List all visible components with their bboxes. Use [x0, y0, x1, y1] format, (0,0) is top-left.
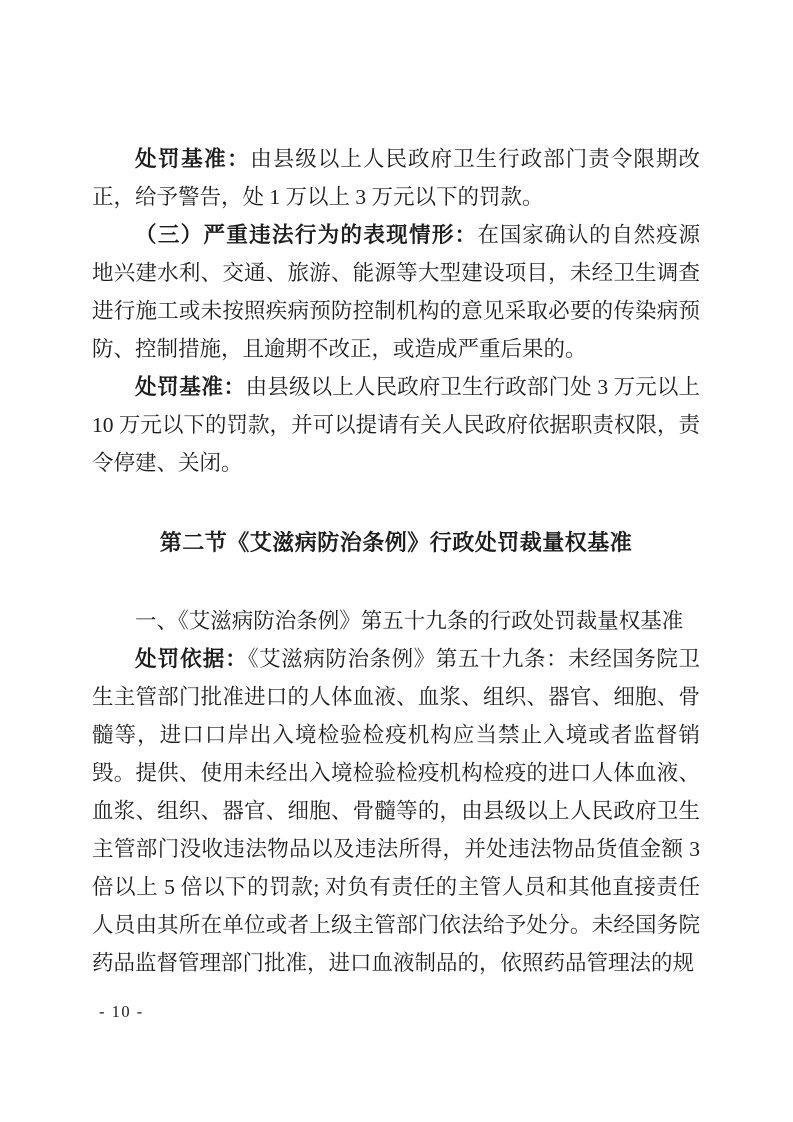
paragraph-text: 《艾滋病防治条例》第五十九条：未经国务院卫生主管部门批准进口的人体血液、血浆、组…	[92, 647, 700, 975]
page-number: - 10 -	[99, 1001, 144, 1023]
paragraph-lead-bold: 处罚基准：	[135, 375, 246, 399]
document-page: 处罚基准：由县级以上人民政府卫生行政部门责令限期改正，给予警告，处 1 万以上 …	[0, 0, 793, 1122]
paragraph-lead-bold: 处罚基准：	[135, 147, 250, 171]
section-heading: 第二节《艾滋病防治条例》行政处罚裁量权基准	[92, 524, 700, 562]
paragraph-lead-bold: （三）严重违法行为的表现情形：	[135, 223, 477, 247]
paragraph-penalty-legal-basis: 处罚依据：《艾滋病防治条例》第五十九条：未经国务院卫生主管部门批准进口的人体血液…	[92, 640, 700, 982]
paragraph-penalty-basis-1: 处罚基准：由县级以上人民政府卫生行政部门责令限期改正，给予警告，处 1 万以上 …	[92, 140, 700, 216]
sub-heading: 一、《艾滋病防治条例》第五十九条的行政处罚裁量权基准	[92, 602, 700, 640]
document-content: 处罚基准：由县级以上人民政府卫生行政部门责令限期改正，给予警告，处 1 万以上 …	[92, 140, 700, 982]
paragraph-penalty-basis-2: 处罚基准：由县级以上人民政府卫生行政部门处 3 万元以上 10 万元以下的罚款，…	[92, 368, 700, 482]
paragraph-serious-violation: （三）严重违法行为的表现情形：在国家确认的自然疫源地兴建水利、交通、旅游、能源等…	[92, 216, 700, 368]
paragraph-lead-bold: 处罚依据：	[135, 647, 248, 671]
